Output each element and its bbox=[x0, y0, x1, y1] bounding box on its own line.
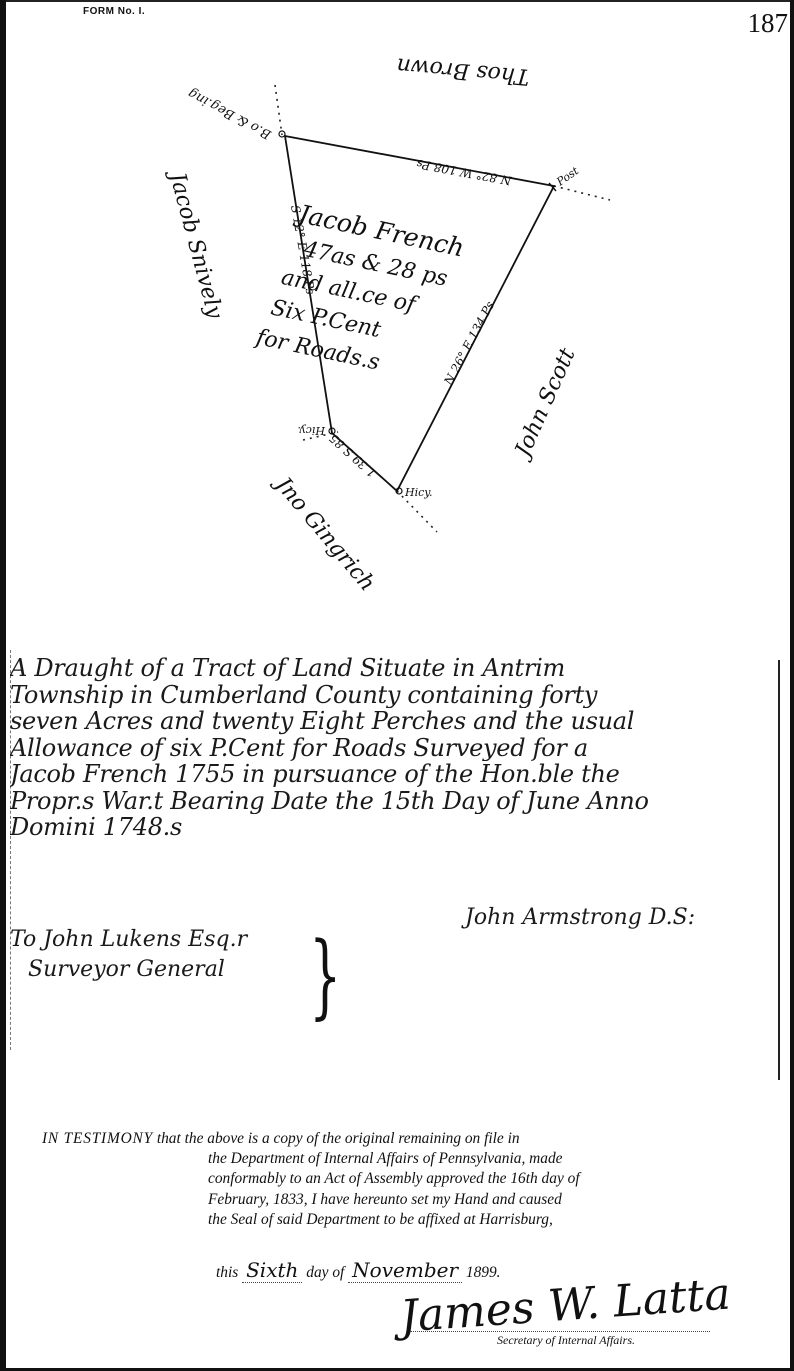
signature-rule bbox=[410, 1331, 710, 1332]
course-label-east-line: N 26° E 134 Ps bbox=[441, 299, 497, 388]
deed-frame-right bbox=[778, 660, 780, 1080]
addressee-block: To John Lukens Esq.r Surveyor General bbox=[10, 925, 247, 985]
certification-line: the Department of Internal Affairs of Pe… bbox=[42, 1149, 762, 1169]
certification-line: that the above is a copy of the original… bbox=[157, 1130, 520, 1147]
deed-line: Domini 1748.s bbox=[10, 814, 772, 841]
addressee-title: Surveyor General bbox=[10, 955, 247, 985]
tract-label: Jacob French 47as & 28 ps and all.ce of … bbox=[252, 195, 467, 387]
course-label-south-line: 1.39 S 85 bbox=[327, 431, 379, 480]
deed-line: A Draught of a Tract of Land Situate in … bbox=[10, 655, 772, 682]
certification-text: IN TESTIMONY that the above is a copy of… bbox=[42, 1129, 762, 1230]
date-day-of: day of bbox=[306, 1264, 344, 1281]
date-year: 1899. bbox=[466, 1264, 501, 1281]
certification-line: the Seal of said Department to be affixe… bbox=[42, 1210, 762, 1230]
date-month: November bbox=[348, 1258, 462, 1283]
surveyor-signature: John Armstrong D.S: bbox=[465, 905, 695, 930]
certification-lead: IN TESTIMONY bbox=[42, 1130, 153, 1147]
deed-line: Allowance of six P.Cent for Roads Survey… bbox=[10, 735, 772, 762]
course-label-north-line: N 82° W 108 Ps bbox=[415, 157, 513, 188]
corner-label-hickory-south: Hicy. bbox=[404, 486, 433, 499]
adjoiner-west: Jacob Snively bbox=[163, 166, 227, 322]
adjoiner-east: John Scott bbox=[509, 344, 581, 464]
adjoiner-south: Jno Gingrich bbox=[268, 470, 380, 596]
deed-text: A Draught of a Tract of Land Situate in … bbox=[10, 655, 772, 841]
certification-date-line: this Sixth day of November 1899. bbox=[216, 1258, 501, 1282]
deed-line: Township in Cumberland County containing… bbox=[10, 682, 772, 709]
deed-line: Propr.s War.t Bearing Date the 15th Day … bbox=[10, 788, 772, 815]
date-day: Sixth bbox=[242, 1258, 302, 1283]
certification-line: conformably to an Act of Assembly approv… bbox=[42, 1169, 762, 1189]
deed-line: seven Acres and twenty Eight Perches and… bbox=[10, 708, 772, 735]
adjoiner-north: Thos Brown bbox=[396, 52, 531, 89]
certification-line: February, 1833, I have hereunto set my H… bbox=[42, 1190, 762, 1210]
corner-label-hickory-west: Hicy. bbox=[297, 424, 326, 437]
addressee-name: To John Lukens Esq.r bbox=[10, 925, 247, 955]
curly-brace-ornament: } bbox=[309, 930, 341, 1022]
document-page: FORM No. I. 187 B.o & Beg.ing Post Hicy.… bbox=[0, 0, 794, 1371]
secretary-title: Secretary of Internal Affairs. bbox=[497, 1333, 635, 1348]
survey-plat-diagram: B.o & Beg.ing Post Hicy. Hicy. N 82° W 1… bbox=[0, 0, 794, 640]
corner-label-beginning: B.o & Beg.ing bbox=[186, 85, 275, 142]
corner-label-post: Post bbox=[553, 164, 581, 189]
date-prefix: this bbox=[216, 1264, 238, 1281]
deed-line: Jacob French 1755 in pursuance of the Ho… bbox=[10, 761, 772, 788]
